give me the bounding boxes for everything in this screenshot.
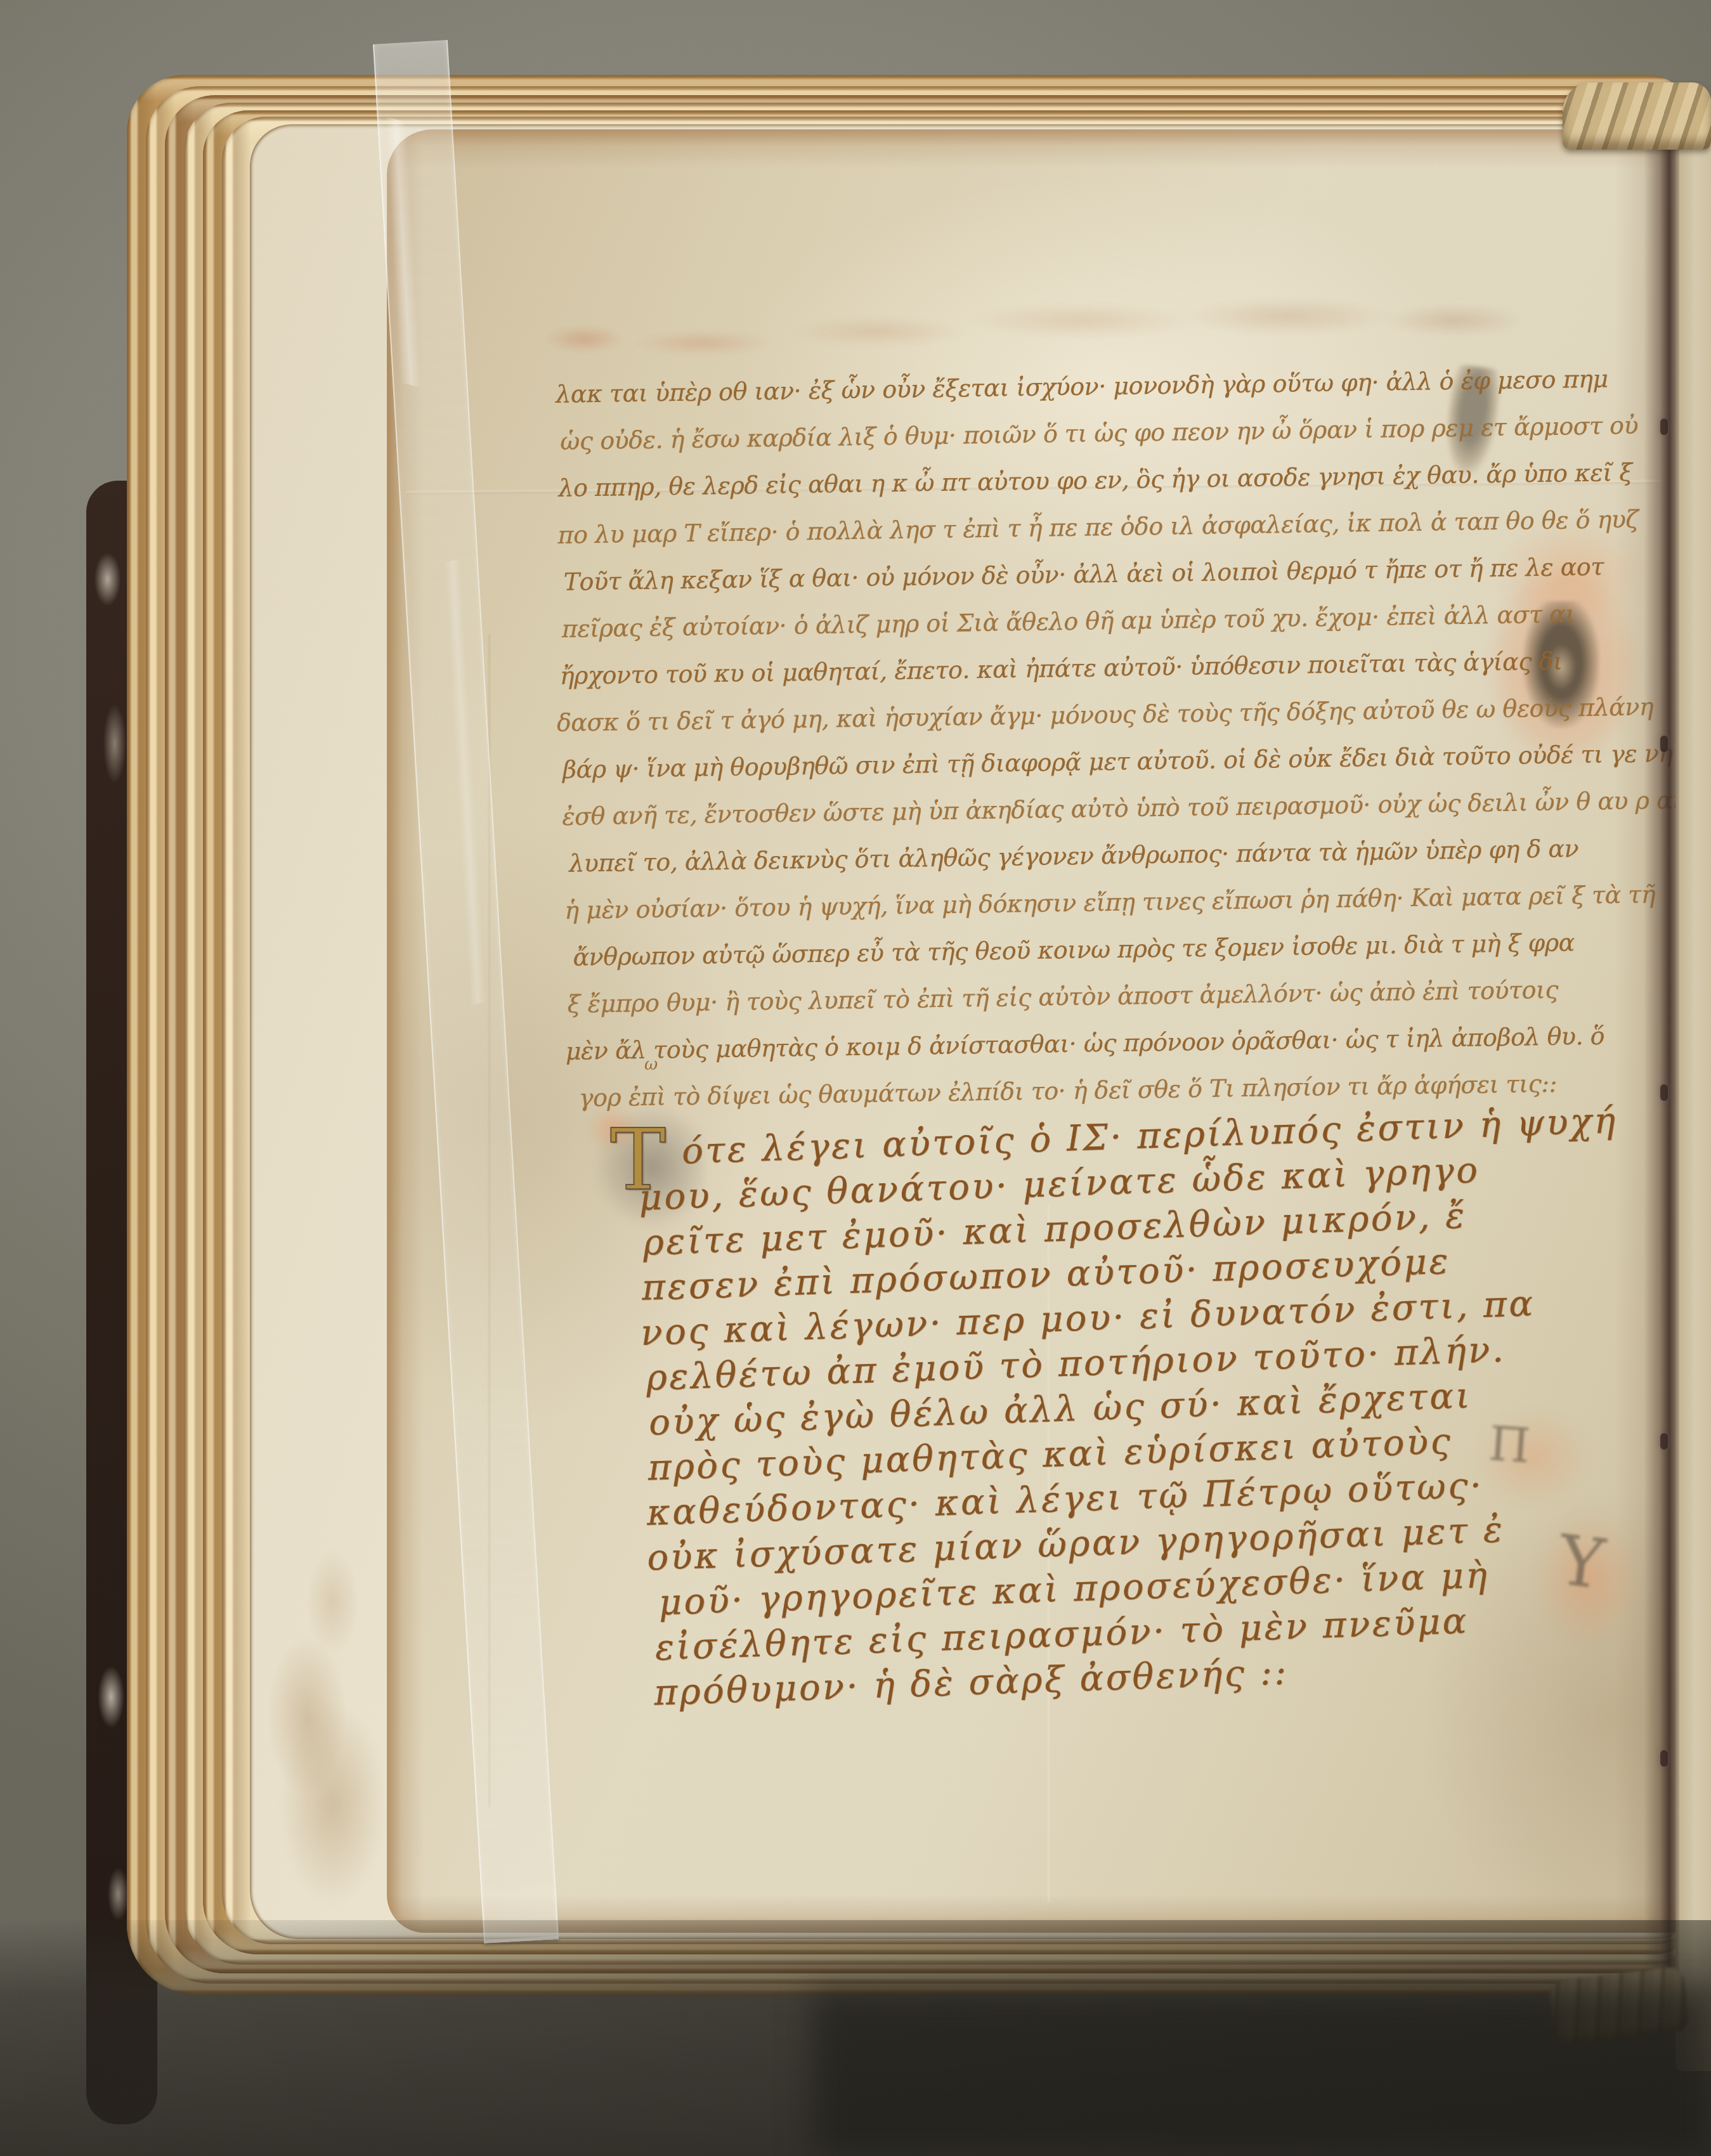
stitch-hole <box>1660 1750 1668 1767</box>
manuscript-photo: Π Υ λακ ται ὑπὲρ οθ ιαν· ἐξ ὧν οὖν ἔξετα… <box>0 0 1711 2156</box>
ink-offset-ghost <box>545 287 1522 361</box>
stitch-hole <box>1660 1084 1668 1101</box>
headband-braid <box>1563 82 1711 150</box>
stitch-hole <box>1660 736 1668 752</box>
tape-sheen <box>445 559 486 1006</box>
stitch-hole <box>1660 419 1668 435</box>
tape-sheen <box>386 117 422 388</box>
margin-mark-upsilon: Υ <box>1554 1521 1609 1605</box>
water-stain <box>279 1699 387 1909</box>
margin-mark-pi: Π <box>1487 1417 1532 1474</box>
superscript-correction: ω <box>644 1055 658 1074</box>
stitch-hole <box>1660 1433 1668 1450</box>
facing-leaf-edge <box>1675 136 1711 2071</box>
